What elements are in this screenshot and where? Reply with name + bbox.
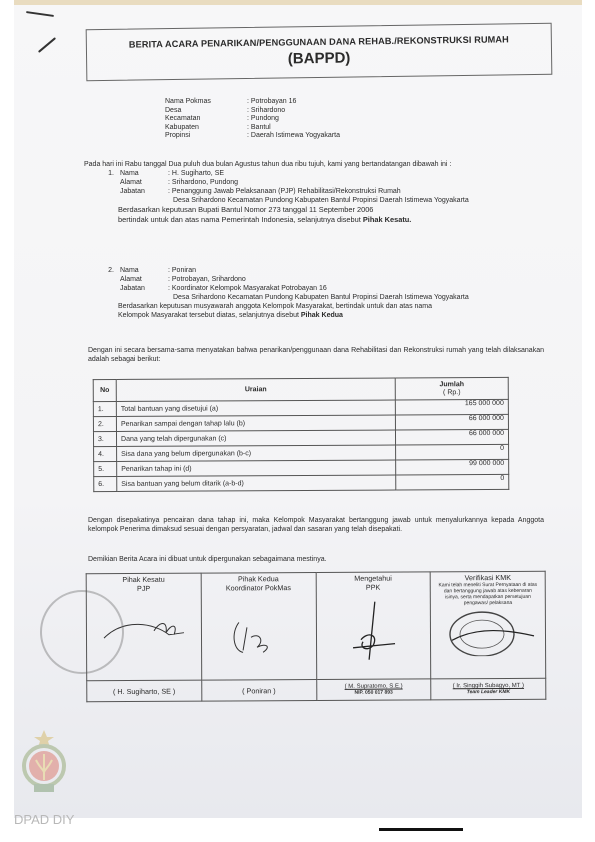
- info-value: : Pundong: [247, 115, 279, 124]
- header-jumlah-unit: ( Rp.): [443, 389, 461, 396]
- footer-watermark: DPAD DIY: [14, 812, 74, 827]
- party-1: 1.Nama: H. Sugiharto, SE Alamat: Srihard…: [88, 169, 548, 225]
- info-value: : Daerah Istimewa Yogyakarta: [247, 132, 340, 141]
- signature-icon: [323, 591, 423, 662]
- signatory-name: ( M. Supratomo, S.E.)NIP. 050 017 893: [316, 679, 431, 701]
- party-label: Jabatan: [120, 284, 168, 293]
- row-no: 4.: [94, 446, 117, 461]
- row-no: 5.: [94, 461, 117, 476]
- signatory-name: ( H. Sugiharto, SE ): [87, 680, 202, 702]
- row-no: 1.: [93, 401, 116, 416]
- row-jumlah: 66 000 000: [395, 429, 508, 445]
- header-jumlah-label: Jumlah: [439, 381, 464, 388]
- info-label: Nama Pokmas: [165, 98, 247, 107]
- party-position: : Koordinator Kelompok Masyarakat Potrob…: [168, 284, 548, 293]
- signatory-name-text: ( H. Sugiharto, SE ): [113, 686, 175, 695]
- row-jumlah: 0: [396, 474, 509, 490]
- party-address: : Srihardono, Pundong: [168, 178, 548, 187]
- bottom-bar: [379, 828, 463, 831]
- party-label: Nama: [120, 169, 168, 178]
- party-position-cont: Desa Srihardono Kecamatan Pundong Kabupa…: [168, 196, 548, 205]
- row-no: 2.: [93, 416, 116, 431]
- party-position-cont: Desa Srihardono Kecamatan Pundong Kabupa…: [168, 293, 548, 302]
- party-basis: Kelompok Masyarakat tersebut diatas, sel…: [118, 312, 301, 319]
- row-no: 6.: [94, 476, 117, 491]
- party-designation: Pihak Kesatu.: [363, 215, 411, 224]
- financial-table: No Uraian Jumlah( Rp.) 1.Total bantuan y…: [93, 377, 510, 492]
- row-uraian: Penarikan tahap ini (d): [117, 460, 396, 476]
- row-no: 3.: [93, 431, 116, 446]
- signatory-nip: NIP. 050 017 893: [318, 689, 430, 696]
- party-number: 1.: [88, 169, 120, 178]
- statement-text: Dengan ini secara bersama-sama menyataka…: [88, 346, 544, 364]
- header-no: No: [93, 379, 116, 401]
- info-label: Kecamatan: [165, 115, 247, 124]
- header-jumlah: Jumlah( Rp.): [395, 377, 508, 400]
- party-label: Jabatan: [120, 187, 168, 196]
- document-subtitle: (BAPPD): [87, 47, 551, 70]
- party-2: 2.Nama: Poniran Alamat: Potrobayan, Srih…: [88, 266, 548, 320]
- party-basis: bertindak untuk dan atas nama Pemerintah…: [118, 215, 363, 224]
- info-value: : Srihardono: [247, 107, 285, 116]
- party-number: 2.: [88, 266, 120, 275]
- row-jumlah: 99 000 000: [396, 459, 509, 475]
- party-label: Nama: [120, 266, 168, 275]
- intro-text: Pada hari ini Rabu tanggal Dua puluh dua…: [84, 160, 544, 169]
- verification-text: Kami telah meneliti Surat Pernyataan di …: [432, 582, 544, 607]
- closing-remark: Demikian Berita Acara ini dibuat untuk d…: [88, 555, 548, 564]
- party-name: : Poniran: [168, 266, 548, 275]
- signatory-title: Team Leader KMK: [433, 689, 545, 696]
- party-basis: Berdasarkan keputusan musyawarah anggota…: [88, 302, 548, 311]
- signatory-name: ( Poniran ): [201, 679, 316, 701]
- signature-table: Pihak Kesatu PJP Pihak Kedua Koordinator…: [86, 571, 547, 702]
- party-address: : Potrobayan, Srihardono: [168, 275, 548, 284]
- row-uraian: Total bantuan yang disetujui (a): [116, 400, 395, 416]
- title-box: BERITA ACARA PENARIKAN/PENGGUNAAN DANA R…: [86, 23, 553, 82]
- party-label: Alamat: [120, 178, 168, 187]
- signature-cell-pokmas: Pihak Kedua Koordinator PokMas: [201, 573, 316, 681]
- header-uraian: Uraian: [116, 378, 395, 401]
- table-row: 6.Sisa bantuan yang belum ditarik (a-b-d…: [94, 474, 509, 491]
- info-value: : Potrobayan 16: [247, 98, 296, 107]
- party-name: : H. Sugiharto, SE: [168, 169, 548, 178]
- pokmas-info: Nama Pokmas: Potrobayan 16 Desa: Srihard…: [165, 98, 340, 141]
- row-jumlah: 66 000 000: [395, 414, 508, 430]
- info-label: Desa: [165, 107, 247, 116]
- row-uraian: Penarikan sampai dengan tahap lalu (b): [116, 415, 395, 431]
- signatory-name: ( Ir. Singgih Subagyo, MT )Team Leader K…: [431, 678, 546, 700]
- official-stamp: [40, 590, 124, 674]
- signature-icon: [208, 592, 308, 663]
- signature-cell-kmk: Verifikasi KMK Kami telah meneliti Surat…: [430, 571, 545, 679]
- party-designation: Pihak Kedua: [301, 312, 343, 319]
- party-label: Alamat: [120, 275, 168, 284]
- info-label: Kabupaten: [165, 124, 247, 133]
- signature-cell-ppk: Mengetahui PPK: [316, 572, 431, 680]
- signatory-name-text: ( Poniran ): [242, 686, 276, 695]
- row-uraian: Sisa bantuan yang belum ditarik (a-b-d): [117, 475, 396, 491]
- info-label: Propinsi: [165, 132, 247, 141]
- row-uraian: Dana yang telah dipergunakan (c): [116, 430, 395, 446]
- closing-text: Dengan disepakatinya pencairan dana taha…: [88, 516, 544, 534]
- row-jumlah: 0: [396, 444, 509, 460]
- dpad-logo-icon: [16, 728, 72, 796]
- stamp-icon: [438, 606, 538, 657]
- row-uraian: Sisa dana yang belum dipergunakan (b-c): [117, 445, 396, 461]
- row-jumlah: 165 000 000: [395, 399, 508, 415]
- info-value: : Bantul: [247, 124, 271, 133]
- page-edge: [14, 0, 582, 5]
- party-position: : Penanggung Jawab Pelaksanaan (PJP) Reh…: [168, 187, 548, 196]
- party-basis: Berdasarkan keputusan Bupati Bantul Nomo…: [88, 205, 548, 215]
